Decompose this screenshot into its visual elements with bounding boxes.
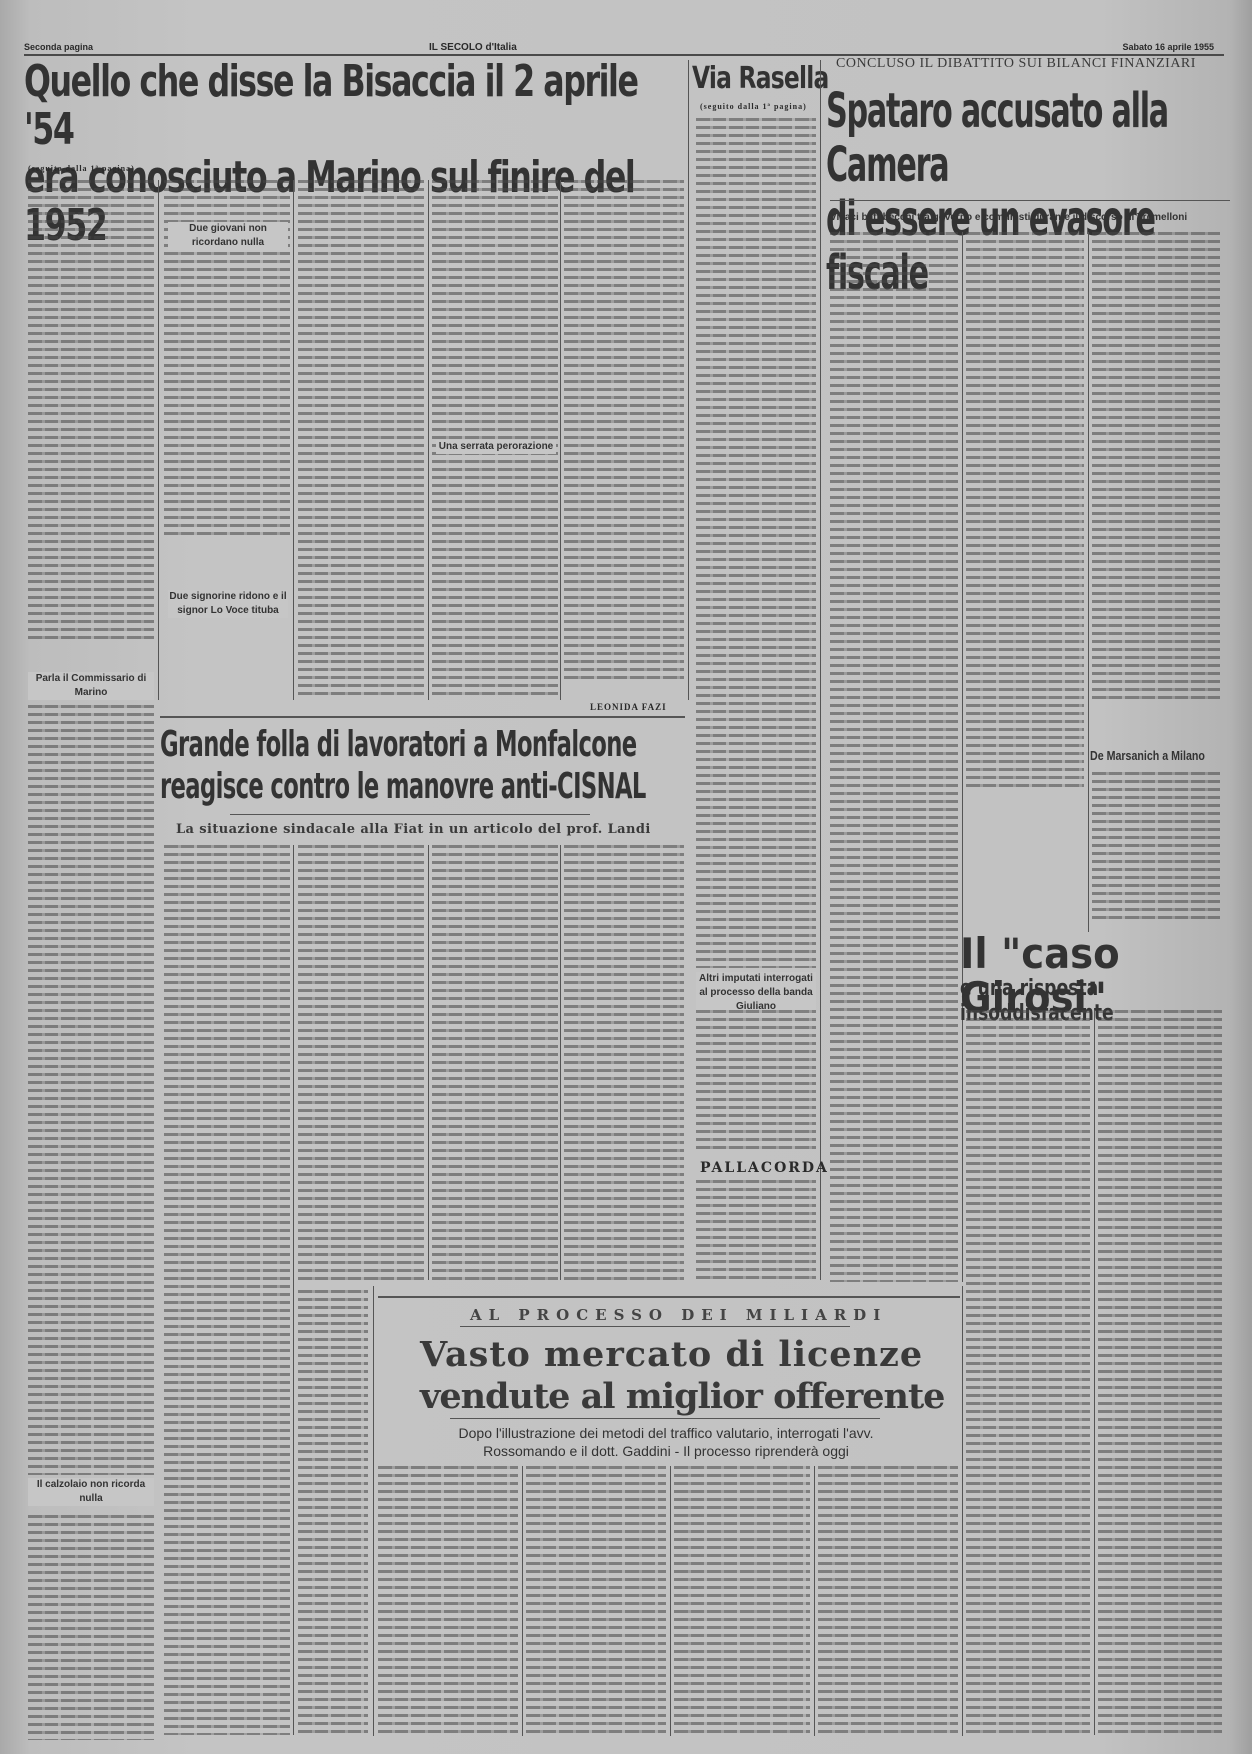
- article-body-column: [696, 118, 816, 968]
- article-body-column: [298, 1290, 368, 1735]
- signature: LEONIDA FAZI: [590, 702, 667, 712]
- article-body-column: [432, 845, 558, 1280]
- article-body-column: [28, 180, 154, 640]
- article-body-column: [966, 232, 1084, 792]
- headline-via-rasella: Via Rasella: [692, 62, 829, 96]
- subhead-de-marsanich: De Marsanich a Milano: [1090, 748, 1205, 763]
- article-body-column: [696, 1010, 816, 1150]
- column-title-pallacorda: PALLACORDA: [700, 1160, 829, 1176]
- page-label: Seconda pagina: [24, 42, 93, 52]
- subhead: Altri imputati interrogati al processo d…: [696, 972, 816, 1014]
- article-body-column: [28, 1515, 154, 1740]
- headline-miliardi: Vasto mercato di licenze vendute al migl…: [420, 1334, 944, 1418]
- article-body-column: [298, 180, 424, 700]
- article-body-column: [1092, 232, 1220, 702]
- article-body-column: [564, 180, 684, 680]
- article-body-column: [564, 845, 684, 1280]
- continued-note: (seguito dalla 1ª pagina): [28, 164, 135, 173]
- article-body-column: [28, 705, 154, 1475]
- kicker-spataro: CONCLUSO IL DIBATTITO SUI BILANCI FINANZ…: [836, 56, 1196, 72]
- article-body-column: [1098, 1010, 1222, 1735]
- article-body-column: [818, 1466, 958, 1736]
- article-body-column: [674, 1466, 810, 1736]
- subhead: Il calzolaio non ricorda nulla: [28, 1478, 154, 1506]
- continued-note: (seguito dalla 1ª pagina): [700, 102, 807, 111]
- subhead: Due signorine ridono e il signor Lo Voce…: [168, 590, 288, 618]
- headline-line: Vasto mercato di licenze: [420, 1334, 944, 1376]
- article-body-column: [378, 1466, 518, 1736]
- subhead: Parla il Commissario di Marino: [28, 672, 154, 700]
- article-body-column: [164, 845, 290, 1735]
- subhead: Una serrata perorazione: [436, 440, 556, 454]
- headline-line: vendute al miglior offerente: [420, 1376, 944, 1418]
- article-body-column: [830, 232, 958, 1282]
- article-body-column: [298, 845, 424, 1280]
- deck-monfalcone: La situazione sindacale alla Fiat in un …: [176, 822, 651, 837]
- kicker-miliardi: AL PROCESSO DEI MILIARDI: [470, 1306, 887, 1324]
- article-body-column: [696, 1180, 816, 1280]
- issue-date: Sabato 16 aprile 1955: [1122, 42, 1214, 52]
- article-body-column: [966, 1010, 1090, 1735]
- headline-line: Grande folla di lavoratori a Monfalcone: [160, 724, 689, 766]
- subhead: Due giovani non ricordano nulla: [168, 222, 288, 250]
- headline-line: reagisce contro le manovre anti-CISNAL: [160, 766, 689, 808]
- deck-spataro: Vivaci battibecchi tra governo e comunis…: [830, 212, 1187, 223]
- article-body-column: [1092, 772, 1220, 922]
- newspaper-page: Seconda pagina IL SECOLO d'Italia Sabato…: [0, 0, 1252, 1754]
- newspaper-name: IL SECOLO d'Italia: [429, 42, 517, 53]
- headline-monfalcone: Grande folla di lavoratori a Monfalcone …: [160, 724, 689, 808]
- headline-line: Quello che disse la Bisaccia il 2 aprile…: [24, 58, 686, 154]
- article-body-column: [526, 1466, 666, 1736]
- masthead: Seconda pagina IL SECOLO d'Italia Sabato…: [24, 40, 1224, 56]
- headline-line: Spataro accusato alla Camera: [826, 84, 1242, 192]
- deck-miliardi: Dopo l'illustrazione dei metodi del traf…: [456, 1424, 876, 1460]
